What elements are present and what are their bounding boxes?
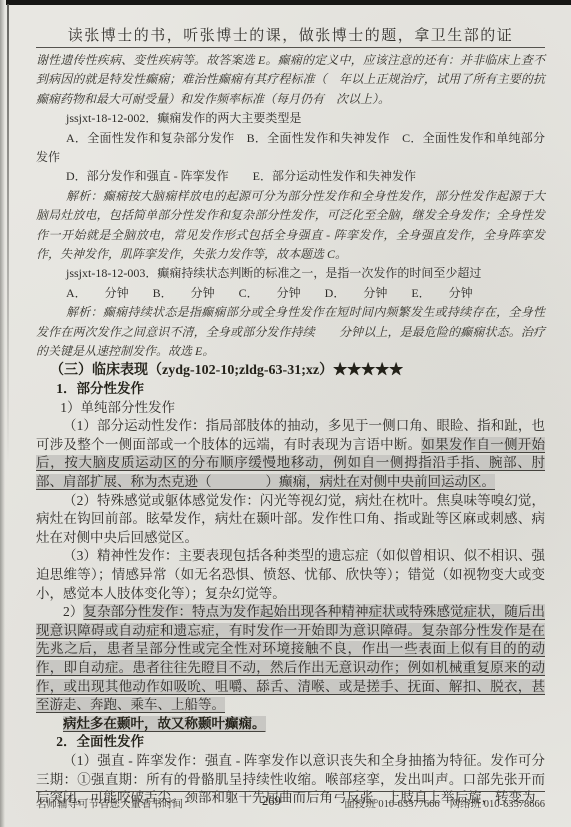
question-003-options: A． 分钟 B． 分钟 C． 分钟 D． 分钟 E． 分钟 (36, 284, 545, 303)
paragraph-psychic-seizure: （3）精神性发作：主要表现包括各种类型的遗忘症（如似曾相识、似不相识、强迫思维等… (36, 547, 545, 603)
question-003-stem: jssjxt-18-12-003．癫痫持续状态判断的标准之一，是指一次发作的时间… (36, 264, 545, 283)
subsection-partial-seizure: 1．部分性发作 (36, 380, 545, 399)
paragraph-motor-seizure: （1）部分运动性发作：指局部肢体的抽动，多见于一侧口角、眼睑、指和趾，也可涉及整… (36, 417, 545, 491)
analysis-continuation-text: 谢性遗传性疾病、变性疾病等。故答案选 E。癫痫的定义中，应该注意的还有：并非临床… (36, 51, 545, 109)
page-footer: 名师辅导可节省您大量看书时间 269 面授班 010-63577666网络班 0… (36, 791, 545, 811)
paragraph-complex-partial-seizure: 2）复杂部分性发作：特点为发作起始出现各种精神症状或特殊感觉症状，随后出现意识障… (36, 603, 545, 715)
paragraph-temporal-lobe-note: 病灶多在颞叶，故又称颞叶癫痫。 (36, 715, 545, 734)
question-002-options-de: D．部分发作和强直 - 阵挛发作 E．部分运动性发作和失神发作 (36, 167, 545, 186)
clinical-manifestation-section: （三）临床表现（zydg-102-10;zldg-63-31;xz）★★★★★ … (36, 362, 545, 808)
subsub-simple-partial-seizure: 1）单纯部分性发作 (36, 399, 545, 418)
question-answer-block: 谢性遗传性疾病、变性疾病等。故答案选 E。癫痫的定义中，应该注意的还有：并非临床… (36, 51, 545, 362)
subsection-generalized-seizure: 2．全面性发作 (36, 733, 545, 752)
scan-edge-top (6, 0, 571, 5)
page-body: 谢性遗传性疾病、变性疾病等。故答案选 E。癫痫的定义中，应该注意的还有：并非临床… (36, 51, 545, 808)
section-heading: （三）临床表现（zydg-102-10;zldg-63-31;xz）★★★★★ (36, 362, 545, 381)
question-002-analysis: 解析：癫痫按大脑痫样放电的起源可分为部分性发作和全身性发作，部分性发作起源于大脑… (36, 187, 545, 265)
paragraph-sensory-seizure: （2）特殊感觉或躯体感觉发作：闪光等视幻觉，病灶在枕叶。焦臭味等嗅幻觉，病灶在钩… (36, 492, 545, 548)
footer-online-class-phone: 网络班 010-63578666 (450, 799, 545, 810)
page-number: 269 (262, 794, 281, 809)
page-header-motto: 读张博士的书，听张博士的课，做张博士的题，拿卫生部的证 (36, 24, 545, 45)
star-rating: ★★★★★ (333, 363, 403, 378)
question-002-stem: jssjxt-18-12-002．癫痫发作的两大主要类型是 (36, 109, 545, 128)
footer-onsite-class-phone: 面授班 010-63577666 (344, 799, 439, 810)
scan-shadow-left (0, 0, 5, 827)
scan-page-crease-line (7, 4, 9, 464)
footer-slogan: 名师辅导可节省您大量看书时间 (36, 796, 183, 811)
header-rule (36, 47, 545, 48)
question-003-analysis: 解析：癫痫持续状态是指癫痫部分或全身性发作在短时间内频繁发生或持续存在，全身性发… (36, 303, 545, 361)
question-002-options-abc: A．全面性发作和复杂部分发作 B．全面性发作和失神发作 C．全面性发作和单纯部分… (36, 129, 545, 168)
footer-contact: 面授班 010-63577666网络班 010-63578666 (334, 796, 545, 811)
scanned-book-page: 读张博士的书，听张博士的课，做张博士的题，拿卫生部的证 谢性遗传性疾病、变性疾病… (0, 0, 571, 827)
section-heading-text: （三）临床表现（zydg-102-10;zldg-63-31;xz） (50, 363, 333, 378)
